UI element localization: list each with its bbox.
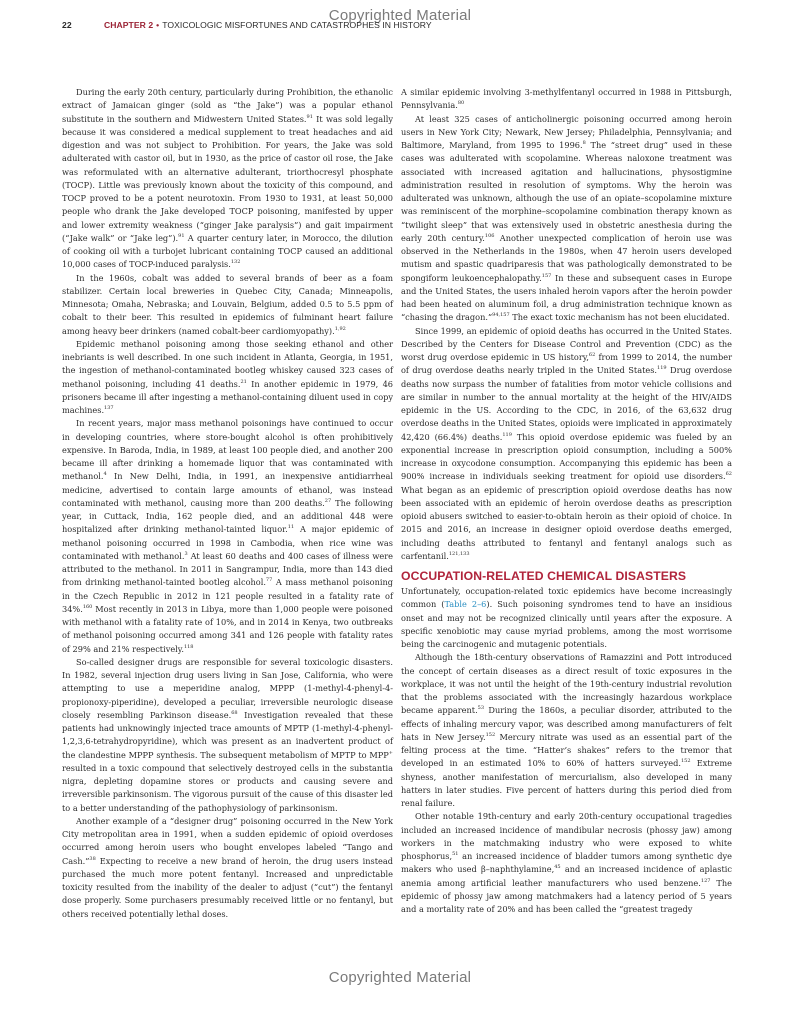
right-column: A similar epidemic involving 3-methylfen… [401, 86, 732, 916]
paragraph-mercury-hatters: Although the 18th-century observations o… [401, 651, 732, 810]
paragraph-mass-methanol: In recent years, major mass methanol poi… [62, 417, 393, 656]
paragraph-methanol-epidemic: Epidemic methanol poisoning among those … [62, 338, 393, 418]
paragraph-jamaican-ginger: During the early 20th century, particula… [62, 86, 393, 272]
chapter-label: CHAPTER 2 [104, 20, 153, 30]
running-head: 22CHAPTER 2•TOXICOLOGIC MISFORTUNES AND … [62, 20, 432, 30]
paragraph-methylfentanyl: A similar epidemic involving 3-methylfen… [401, 86, 732, 113]
watermark-bottom: Copyrighted Material [0, 969, 800, 986]
left-column: During the early 20th century, particula… [62, 86, 393, 921]
paragraph-anticholinergic: At least 325 cases of anticholinergic po… [401, 113, 732, 325]
paragraph-cobalt-beer: In the 1960s, cobalt was added to severa… [62, 272, 393, 338]
paragraph-phossy-jaw: Other notable 19th-century and early 20t… [401, 810, 732, 916]
section-heading-occupation: OCCUPATION-RELATED CHEMICAL DISASTERS [401, 569, 732, 584]
paragraph-designer-drugs: So-called designer drugs are responsible… [62, 656, 393, 815]
paragraph-opioid-epidemic: Since 1999, an epidemic of opioid deaths… [401, 325, 732, 564]
paragraph-occupation-intro: Unfortunately, occupation-related toxic … [401, 585, 732, 651]
table-2-6-link[interactable]: Table 2–6 [444, 599, 486, 609]
page-number: 22 [62, 20, 104, 30]
paragraph-tango-and-cash: Another example of a “designer drug” poi… [62, 815, 393, 921]
chapter-title: TOXICOLOGIC MISFORTUNES AND CATASTROPHES… [162, 20, 431, 30]
separator-bullet: • [156, 20, 159, 30]
